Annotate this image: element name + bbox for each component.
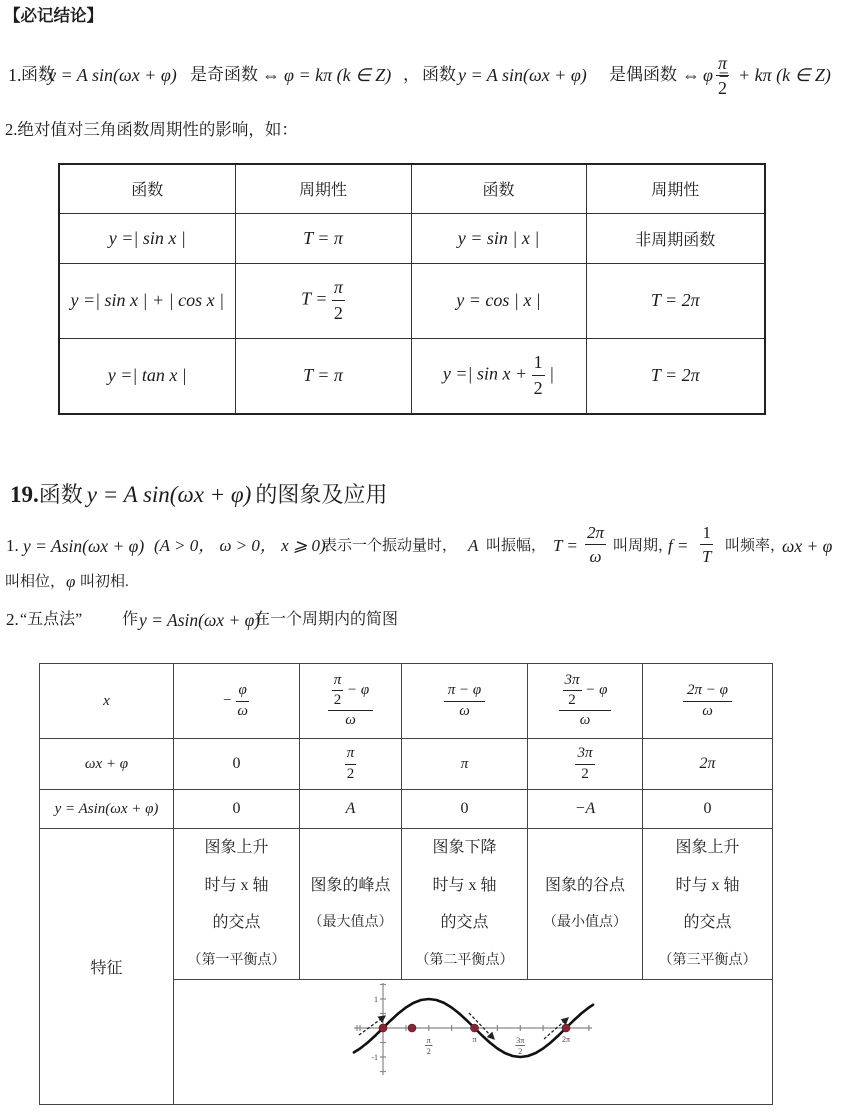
sine-graph-cell: 1 -1 π 2 π 3π 2 2π	[174, 980, 773, 1105]
header-function: 函数	[59, 164, 235, 213]
point-marker	[562, 1024, 570, 1032]
function-pre: y =| sin x +	[443, 364, 527, 384]
half-fraction: 1 2	[532, 353, 545, 398]
odd-condition: φ = kπ (k ∈ Z)	[284, 65, 391, 85]
section-number: 19.	[10, 482, 39, 507]
amplitude-var: A	[468, 536, 478, 556]
y-value-cell: A	[300, 790, 402, 829]
inner-denominator: 2	[566, 691, 578, 708]
period-label: 叫周期，	[613, 536, 673, 556]
period-fraction: 2π ω	[585, 524, 606, 565]
inner-numerator: 3π	[563, 673, 582, 691]
x-fraction: π 2 − φ ω	[328, 673, 373, 729]
phase-value-cell: π 2	[300, 739, 402, 790]
p2-verb: 作	[122, 610, 138, 630]
inner-fraction: π 2	[332, 673, 344, 708]
p2-tail: 在一个周期内的简图	[254, 610, 398, 630]
five-point-table: x − φ ω π 2 − φ ω π − φ	[39, 663, 773, 1105]
x-fraction: π − φ ω	[444, 683, 485, 720]
p1-number: 1.	[6, 536, 19, 556]
fraction-numerator: 1	[700, 524, 713, 545]
table-row: y =| tan x | T = π y =| sin x + 1 2 | T …	[59, 338, 765, 414]
section-tail: 的图象及应用	[255, 482, 387, 507]
phase-fraction: π 2	[345, 746, 357, 783]
x-label-three-half-pi-num: 3π	[516, 1036, 524, 1045]
function-cell: y = sin | x |	[411, 213, 586, 263]
y-label-1: 1	[374, 995, 378, 1004]
x-label-half-pi-den: 2	[427, 1047, 431, 1056]
row-header-phase: ωx + φ	[40, 739, 174, 790]
fraction-numerator: π − φ	[444, 683, 485, 702]
fraction-denominator: 2	[332, 301, 345, 323]
phase-value-cell: π	[402, 739, 528, 790]
x-value-cell: π − φ ω	[402, 664, 528, 739]
feature-line: 时与 x 轴	[643, 867, 772, 905]
feature-line: 的交点	[402, 904, 527, 942]
numerator-rest: − φ	[347, 682, 369, 698]
x-label-pi: π	[472, 1035, 476, 1044]
item-number: 1.	[8, 65, 22, 85]
function-cell: y =| sin x + 1 2 |	[411, 338, 586, 414]
feature-line: 的交点	[174, 904, 299, 942]
p1-text-a: 表示一个振动量时，	[322, 536, 457, 556]
period-cell: T = π 2	[235, 263, 411, 338]
section-formula: y = A sin(ωx + φ)	[87, 482, 252, 507]
sine-graph: 1 -1 π 2 π 3π 2 2π	[174, 981, 773, 1104]
fraction-numerator: 1	[532, 353, 545, 376]
feature-line: （最小值点）	[528, 904, 642, 942]
x-value-cell: π 2 − φ ω	[300, 664, 402, 739]
header-function-2: 函数	[411, 164, 586, 213]
fraction-denominator: 2	[716, 76, 729, 97]
y-value-cell: 0	[174, 790, 300, 829]
header-period: 周期性	[235, 164, 411, 213]
five-point-method: “五点法”	[20, 610, 82, 630]
feature-line: （最大值点）	[300, 904, 401, 942]
period-lhs: T =	[553, 536, 578, 556]
y-label-minus-1: -1	[371, 1053, 378, 1062]
fraction-denominator: 2	[579, 765, 591, 783]
period-cell: T = π	[235, 213, 411, 263]
inner-numerator: π	[332, 673, 344, 691]
feature-line: 图象的谷点	[528, 867, 642, 905]
table-row: y =| sin x | T = π y = sin | x | 非周期函数	[59, 213, 765, 263]
feature-cell-trough: 图象的谷点 （最小值点）	[528, 829, 643, 980]
section-lead: 函数	[39, 482, 83, 507]
fraction-numerator: π	[716, 54, 729, 76]
item-lead-b: 函数	[422, 65, 456, 85]
feature-cell-first-balance: 图象上升 时与 x 轴 的交点 （第一平衡点）	[174, 829, 300, 980]
x-label-half-pi-num: π	[427, 1036, 431, 1045]
y-value-cell: 0	[402, 790, 528, 829]
phase-value-cell: 2π	[643, 739, 773, 790]
phase-value-cell: 3π 2	[528, 739, 643, 790]
fraction-numerator: 2π	[585, 524, 606, 545]
feature-line: 图象下降	[402, 829, 527, 867]
period-cell: T = π	[235, 338, 411, 414]
fraction-denominator: ω	[700, 702, 715, 720]
fraction-numerator: π	[345, 746, 357, 765]
function-cell: y =| sin x | + | cos x |	[59, 263, 235, 338]
fraction-numerator: 3π 2 − φ	[559, 673, 612, 711]
header-period-2: 周期性	[586, 164, 765, 213]
fraction-denominator: 2	[532, 376, 545, 398]
p1-conditions: (A > 0， ω > 0， x ⩾ 0)	[154, 536, 326, 556]
fraction-numerator: 3π	[575, 746, 594, 765]
fraction-numerator: 2π − φ	[683, 683, 732, 702]
fraction-denominator: ω	[457, 702, 472, 720]
x-fraction: 2π − φ ω	[683, 683, 732, 720]
minus-sign: −	[223, 692, 231, 708]
fraction-denominator: ω	[235, 702, 250, 720]
feature-line: 图象的峰点	[300, 867, 401, 905]
feature-cell-second-balance: 图象下降 时与 x 轴 的交点 （第二平衡点）	[402, 829, 528, 980]
feature-cell-third-balance: 图象上升 时与 x 轴 的交点 （第三平衡点）	[643, 829, 773, 980]
amplitude-label: 叫振幅，	[486, 536, 546, 556]
frequency-label: 叫频率，	[725, 536, 785, 556]
fraction-numerator: π 2 − φ	[328, 673, 373, 711]
fraction-denominator: ω	[343, 711, 358, 729]
period-lhs: T =	[301, 289, 327, 309]
iff-symbol: ⇔	[262, 65, 280, 85]
even-function-label: 是偶函数	[609, 65, 677, 85]
function-cell: y =| tan x |	[59, 338, 235, 414]
iff-symbol-b: ⇔	[682, 65, 700, 85]
point-marker	[471, 1024, 479, 1032]
p1-formula: y = Asin(ωx + φ)	[23, 536, 144, 556]
function-cell: y =| sin x |	[59, 213, 235, 263]
y-value-cell: −A	[528, 790, 643, 829]
inner-denominator: 2	[332, 691, 344, 708]
x-label-two-pi: 2π	[562, 1035, 570, 1044]
x-fraction: 3π 2 − φ ω	[559, 673, 612, 729]
odd-function-label: 是奇函数	[190, 65, 258, 85]
period-cell: 非周期函数	[586, 213, 765, 263]
even-condition-rhs: + kπ (k ∈ Z)	[738, 65, 831, 85]
period-fraction: π 2	[332, 278, 345, 323]
x-value-cell: 2π − φ ω	[643, 664, 773, 739]
x-value-cell: 3π 2 − φ ω	[528, 664, 643, 739]
row-header-x: x	[40, 664, 174, 739]
frequency-fraction: 1 T	[700, 524, 713, 565]
fraction-denominator: ω	[588, 545, 604, 565]
point-marker	[379, 1024, 387, 1032]
phase-fraction: 3π 2	[575, 746, 594, 783]
row-header-feature: 特征	[40, 829, 174, 1105]
feature-line: 图象上升	[643, 829, 772, 867]
frequency-lhs: f =	[668, 536, 688, 556]
fraction-denominator: ω	[578, 711, 593, 729]
fraction-denominator: T	[700, 545, 713, 565]
conclusions-title: 【必记结论】	[4, 6, 103, 26]
numerator-rest: − φ	[585, 682, 607, 698]
x-fraction: φ ω	[235, 683, 250, 720]
y-row: y = Asin(ωx + φ) 0 A 0 −A 0	[40, 790, 773, 829]
table-header-row: 函数 周期性 函数 周期性	[59, 164, 765, 213]
period-table: 函数 周期性 函数 周期性 y =| sin x | T = π y = sin…	[58, 163, 766, 415]
feature-cell-peak: 图象的峰点 （最大值点）	[300, 829, 402, 980]
y-value-cell: 0	[643, 790, 773, 829]
period-cell: T = 2π	[586, 263, 765, 338]
conclusion-item-2: 2.绝对值对三角函数周期性的影响，如：	[5, 120, 298, 140]
function-cell: y = cos | x |	[411, 263, 586, 338]
initial-phase-var: φ	[66, 572, 75, 592]
feature-line: （第二平衡点）	[402, 942, 527, 980]
x-label-three-half-pi-den: 2	[518, 1047, 522, 1056]
feature-line: 的交点	[643, 904, 772, 942]
row-header-y: y = Asin(ωx + φ)	[40, 790, 174, 829]
p2-formula: y = Asin(ωx + φ)	[139, 610, 260, 630]
feature-row: 特征 图象上升 时与 x 轴 的交点 （第一平衡点） 图象的峰点 （最大值点） …	[40, 829, 773, 980]
table-row: y =| sin x | + | cos x | T = π 2 y = cos…	[59, 263, 765, 338]
separator: ，	[403, 65, 420, 85]
formula-sine-b: y = A sin(ωx + φ)	[458, 65, 587, 85]
phase-value-cell: 0	[174, 739, 300, 790]
p1-line2-b: 叫初相.	[80, 572, 129, 592]
phase-expression: ωx + φ	[782, 536, 832, 556]
p2-number: 2.	[6, 610, 19, 630]
fraction-numerator: φ	[236, 683, 248, 702]
fraction-numerator: π	[332, 278, 345, 301]
formula-sine: y = A sin(ωx + φ)	[48, 65, 177, 85]
period-cell: T = 2π	[586, 338, 765, 414]
feature-line: 图象上升	[174, 829, 299, 867]
x-row: x − φ ω π 2 − φ ω π − φ	[40, 664, 773, 739]
feature-line: （第三平衡点）	[643, 942, 772, 980]
fraction-denominator: 2	[345, 765, 357, 783]
section-19-heading: 19.函数 y = A sin(ωx + φ) 的图象及应用	[10, 483, 387, 510]
function-post: |	[549, 364, 554, 384]
even-condition-fraction: π 2	[716, 54, 729, 97]
p1-line2-a: 叫相位，	[5, 572, 65, 592]
x-value-cell: − φ ω	[174, 664, 300, 739]
feature-line: 时与 x 轴	[402, 867, 527, 905]
point-marker	[408, 1024, 416, 1032]
phase-row: ωx + φ 0 π 2 π 3π 2 2π	[40, 739, 773, 790]
feature-line: （第一平衡点）	[174, 942, 299, 980]
feature-line: 时与 x 轴	[174, 867, 299, 905]
inner-fraction: 3π 2	[563, 673, 582, 708]
